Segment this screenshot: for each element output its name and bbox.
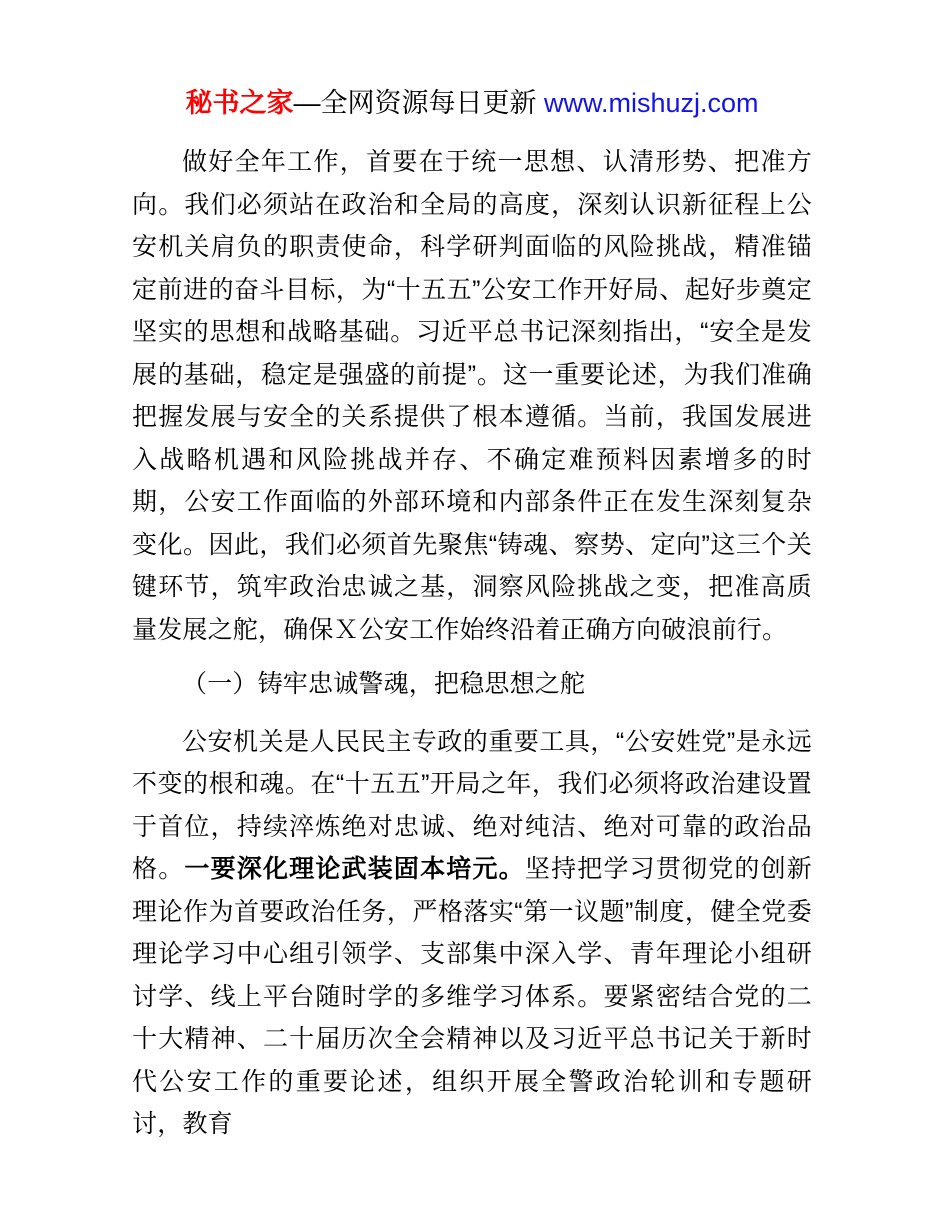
site-url-link[interactable]: www.mishuzj.com (544, 88, 759, 118)
paragraph-political-loyalty: 公安机关是人民民主专政的重要工具，“公安姓党”是永远不变的根和魂。在“十五五”开… (132, 721, 812, 1146)
paragraph-annual-work: 做好全年工作，首要在于统一思想、认清形势、把准方向。我们必须站在政治和全局的高度… (132, 141, 812, 651)
section-heading-1: （一）铸牢忠诚警魂，把稳思想之舵 (132, 663, 812, 706)
site-brand: 秘书之家 (185, 88, 293, 118)
document-page: 秘书之家—全网资源每日更新 www.mishuzj.com 做好全年工作，首要在… (0, 0, 950, 1230)
paragraph-2-rest: 坚持把学习贯彻党的创新理论作为首要政治任务，严格落实“第一议题”制度，健全党委理… (132, 855, 812, 1138)
paragraph-2-bold-point: 一要深化理论武装固本培元。 (184, 855, 525, 883)
site-header: 秘书之家—全网资源每日更新 www.mishuzj.com (132, 84, 812, 122)
site-tagline: —全网资源每日更新 (293, 88, 544, 118)
